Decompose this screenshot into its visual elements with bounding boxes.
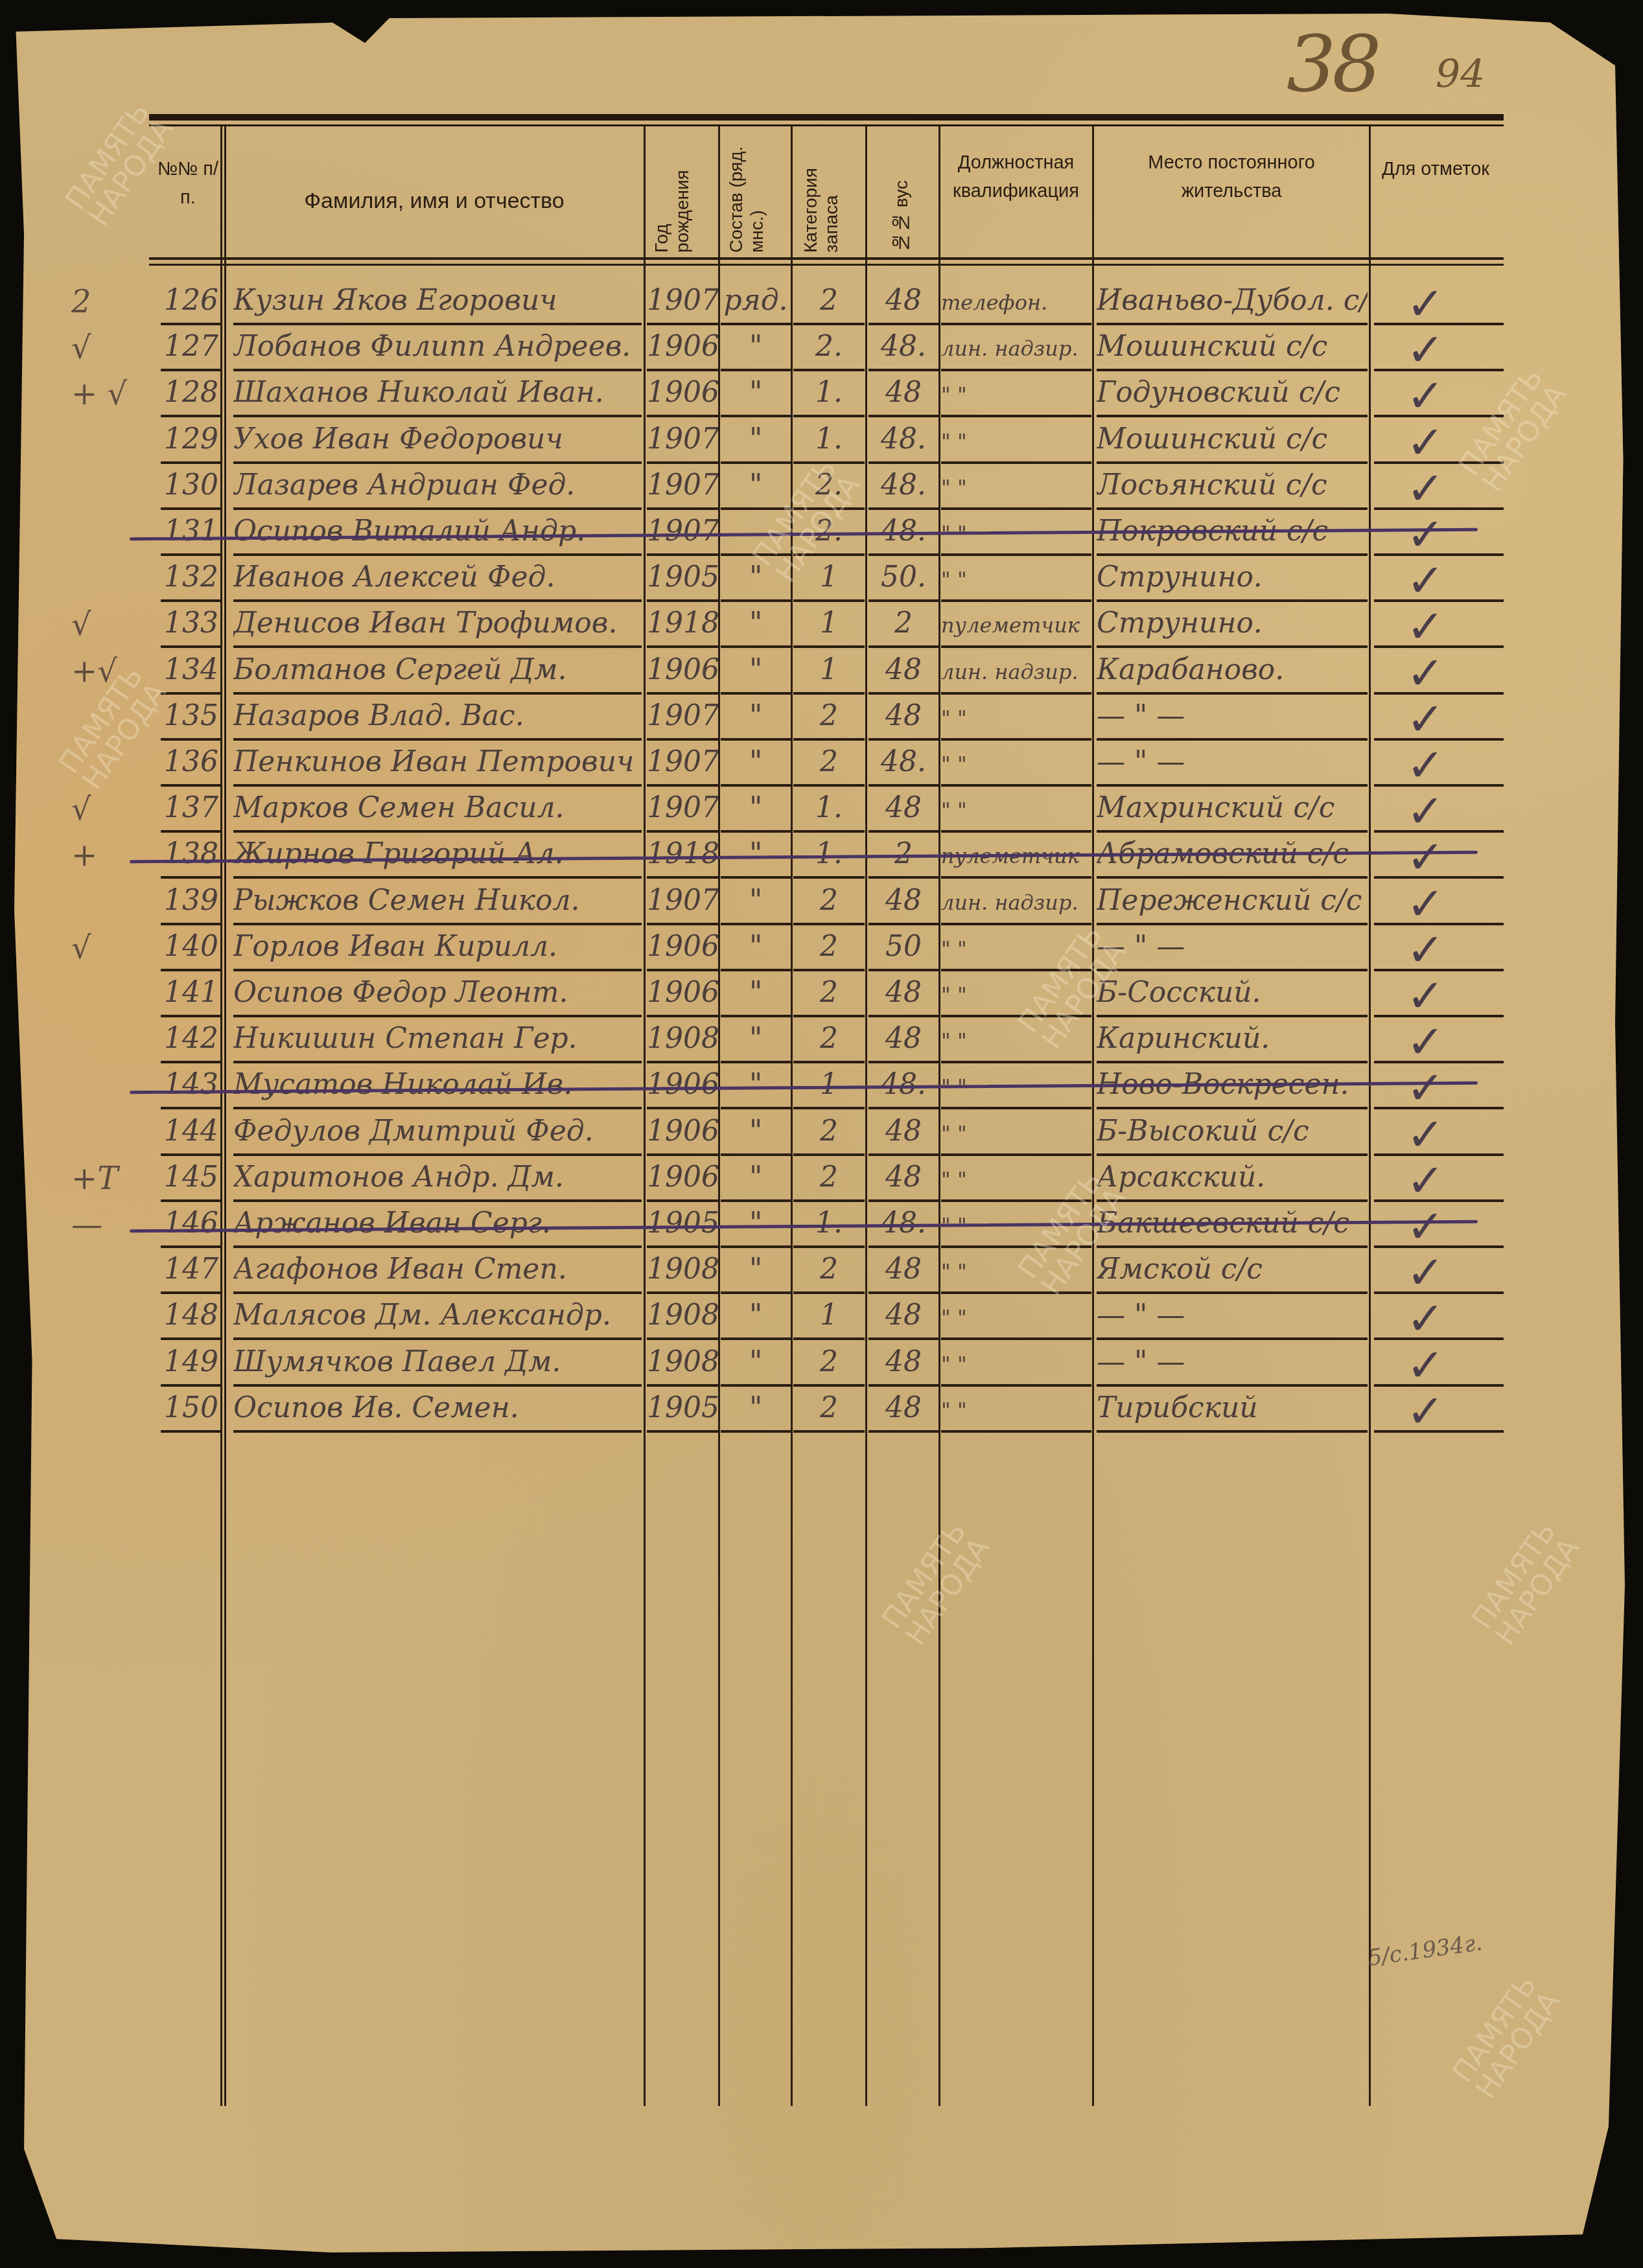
composition: ": [721, 699, 791, 732]
birth-year: 1906: [647, 376, 718, 409]
row-separator: [793, 1430, 865, 1433]
header-residence: Место постоянного жительства: [1095, 149, 1368, 205]
row-number: 132: [162, 561, 220, 594]
full-name: Осипов Ив. Семен.: [233, 1391, 642, 1424]
row-separator: [1097, 876, 1368, 879]
row-separator: [1097, 1291, 1368, 1294]
row-separator: [868, 692, 938, 695]
qualification: " ": [941, 706, 1091, 730]
table-row: 127Лобанов Филипп Андреев.1906"2.48.лин.…: [0, 326, 1643, 372]
vus-number: 48: [868, 284, 938, 317]
row-separator: [868, 1061, 938, 1063]
row-separator: [233, 507, 642, 510]
birth-year: 1906: [647, 976, 718, 1009]
row-separator: [868, 1291, 938, 1294]
page-number-small: 94: [1436, 52, 1485, 97]
composition: ": [721, 884, 791, 917]
row-separator: [161, 1430, 220, 1433]
residence: — " —: [1097, 930, 1368, 963]
row-separator: [868, 415, 938, 417]
full-name: Иванов Алексей Фед.: [233, 561, 642, 594]
birth-year: 1907: [647, 745, 718, 778]
birth-year: 1906: [647, 330, 718, 363]
row-separator: [721, 1153, 791, 1156]
row-separator: [721, 830, 791, 833]
row-separator: [941, 876, 1091, 879]
residence: Переженский с/с: [1097, 884, 1368, 917]
row-separator: [941, 830, 1091, 833]
row-separator: [793, 876, 865, 879]
reserve-category: 1: [793, 653, 865, 686]
row-separator: [161, 323, 220, 325]
row-separator: [941, 1153, 1091, 1156]
row-separator: [1097, 599, 1368, 602]
row-separator: [793, 784, 865, 787]
margin-annotation: +Т: [71, 1161, 118, 1197]
table-row: 134Болтанов Сергей Дм.1906"148лин. надзи…: [0, 649, 1643, 695]
row-separator: [1097, 1430, 1368, 1433]
row-separator: [233, 553, 642, 556]
row-separator: [793, 323, 865, 325]
row-separator: [1097, 323, 1368, 325]
composition: ": [721, 1115, 791, 1148]
row-separator: [647, 369, 718, 371]
row-separator: [868, 1384, 938, 1387]
qualification: " ": [941, 798, 1091, 822]
row-separator: [868, 461, 938, 464]
row-separator: [941, 599, 1091, 602]
row-separator: [1097, 415, 1368, 417]
table-row: 129Ухов Иван Федорович1907"1.48." "Мошин…: [0, 419, 1643, 465]
row-separator: [233, 323, 642, 325]
full-name: Малясов Дм. Александр.: [233, 1299, 642, 1332]
margin-annotation: +√: [71, 653, 117, 689]
row-separator: [233, 1337, 642, 1340]
birth-year: 1907: [647, 422, 718, 456]
residence: Каринский.: [1097, 1022, 1368, 1055]
table-row: 131Осипов Виталий Андр.19072.48." "Покро…: [0, 511, 1643, 557]
row-number: 140: [162, 930, 220, 963]
qualification: " ": [941, 1028, 1091, 1053]
birth-year: 1905: [647, 1207, 718, 1240]
row-separator: [793, 1061, 865, 1063]
composition: ": [721, 653, 791, 686]
row-separator: [161, 784, 220, 787]
full-name: Кузин Яков Егорович: [233, 284, 642, 317]
vus-number: 2: [868, 607, 938, 640]
row-separator: [647, 507, 718, 510]
row-separator: [868, 876, 938, 879]
composition: ": [721, 976, 791, 1009]
reserve-category: 2: [793, 284, 865, 317]
reserve-category: 2: [793, 884, 865, 917]
table-row: 148Малясов Дм. Александр.1908"148" "— " …: [0, 1295, 1643, 1341]
residence: Тирибский: [1097, 1391, 1368, 1424]
row-separator: [647, 1384, 718, 1387]
row-separator: [161, 1291, 220, 1294]
row-separator: [233, 1245, 642, 1248]
row-number: 126: [162, 284, 220, 317]
row-separator: [793, 1107, 865, 1109]
row-separator: [941, 369, 1091, 371]
row-number: 139: [162, 884, 220, 917]
row-separator: [647, 830, 718, 833]
birth-year: 1906: [647, 653, 718, 686]
row-separator: [721, 876, 791, 879]
row-number: 137: [162, 791, 220, 824]
row-separator: [868, 1245, 938, 1248]
vus-number: 48: [868, 1022, 938, 1055]
full-name: Денисов Иван Трофимов.: [233, 607, 642, 640]
row-separator: [161, 1061, 220, 1063]
composition: ": [721, 1391, 791, 1424]
row-separator: [1097, 507, 1368, 510]
row-separator: [1374, 1430, 1504, 1433]
row-separator: [161, 461, 220, 464]
row-number: 127: [162, 330, 220, 363]
table-row: 128Шаханов Николай Иван.1906"1.48" "Году…: [0, 372, 1643, 418]
top-rule-thin: [149, 124, 1504, 126]
row-separator: [721, 1430, 791, 1433]
header-rule: [149, 257, 1504, 260]
birth-year: 1905: [647, 1391, 718, 1424]
qualification: " ": [941, 1398, 1091, 1422]
reserve-category: 2: [793, 1022, 865, 1055]
reserve-category: 2: [793, 1391, 865, 1424]
vus-number: 50: [868, 930, 938, 963]
margin-annotation: +: [71, 837, 97, 874]
row-separator: [868, 738, 938, 741]
vus-number: 48: [868, 1161, 938, 1194]
row-separator: [1097, 461, 1368, 464]
row-separator: [868, 1015, 938, 1017]
residence: Струнино.: [1097, 561, 1368, 594]
row-separator: [793, 553, 865, 556]
row-separator: [793, 415, 865, 417]
full-name: Жирнов Григорий Ал.: [233, 837, 642, 870]
birth-year: 1918: [647, 607, 718, 640]
row-number: 138: [162, 837, 220, 870]
qualification: " ": [941, 567, 1091, 592]
qualification: пулеметчик: [941, 613, 1091, 638]
birth-year: 1907: [647, 284, 718, 317]
row-separator: [941, 461, 1091, 464]
birth-year: 1908: [647, 1022, 718, 1055]
table-row: 126Кузин Яков Егорович1907ряд.248телефон…: [0, 280, 1643, 326]
row-separator: [721, 323, 791, 325]
qualification: " ": [941, 1305, 1091, 1330]
row-separator: [233, 1153, 642, 1156]
reserve-category: 1.: [793, 837, 865, 870]
row-separator: [941, 923, 1091, 925]
row-separator: [941, 1384, 1091, 1387]
row-separator: [793, 1384, 865, 1387]
residence: Махринский с/с: [1097, 791, 1368, 824]
residence: Б-Сосский.: [1097, 976, 1368, 1009]
composition: ": [721, 469, 791, 502]
row-number: 147: [162, 1253, 220, 1286]
row-separator: [793, 1245, 865, 1248]
row-separator: [868, 830, 938, 833]
row-separator: [233, 1199, 642, 1202]
vus-number: 48.: [868, 469, 938, 502]
row-separator: [161, 599, 220, 602]
header-marks: Для отметок: [1374, 156, 1497, 184]
birth-year: 1908: [647, 1299, 718, 1332]
residence: — " —: [1097, 745, 1368, 778]
table-row: 141Осипов Федор Леонт.1906"248" "Б-Сосск…: [0, 972, 1643, 1018]
row-separator: [941, 1199, 1091, 1202]
table-row: 135Назаров Влад. Вас.1907"248" "— " —✓: [0, 695, 1643, 741]
full-name: Шаханов Николай Иван.: [233, 376, 642, 409]
reserve-category: 2.: [793, 469, 865, 502]
row-separator: [647, 1430, 718, 1433]
reserve-category: 2: [793, 930, 865, 963]
full-name: Ухов Иван Федорович: [233, 422, 642, 456]
margin-annotation: √: [71, 930, 91, 966]
reserve-category: 1.: [793, 1207, 865, 1240]
qualification: " ": [941, 429, 1091, 454]
row-separator: [793, 1199, 865, 1202]
row-separator: [1097, 645, 1368, 648]
row-separator: [868, 645, 938, 648]
residence: — " —: [1097, 1345, 1368, 1378]
row-separator: [647, 1245, 718, 1248]
row-separator: [793, 369, 865, 371]
row-separator: [233, 415, 642, 417]
row-separator: [647, 461, 718, 464]
table-row: 142Никишин Степан Гер.1908"248" "Каринск…: [0, 1018, 1643, 1064]
birth-year: 1907: [647, 791, 718, 824]
row-separator: [161, 1384, 220, 1387]
row-separator: [161, 1199, 220, 1202]
vus-number: 48: [868, 699, 938, 732]
row-separator: [647, 969, 718, 971]
row-separator: [233, 1384, 642, 1387]
vus-number: 48.: [868, 1207, 938, 1240]
full-name: Федулов Дмитрий Фед.: [233, 1115, 642, 1148]
header-qualification: Должностная квалификация: [943, 149, 1089, 205]
qualification: " ": [941, 1167, 1091, 1192]
row-number: 142: [162, 1022, 220, 1055]
full-name: Пенкинов Иван Петрович: [233, 745, 642, 778]
row-separator: [941, 645, 1091, 648]
row-separator: [721, 1199, 791, 1202]
row-separator: [161, 969, 220, 971]
row-separator: [793, 645, 865, 648]
row-separator: [793, 969, 865, 971]
row-separator: [868, 1337, 938, 1340]
composition: ": [721, 791, 791, 824]
row-separator: [161, 415, 220, 417]
row-separator: [721, 1107, 791, 1109]
row-separator: [161, 830, 220, 833]
row-separator: [721, 692, 791, 695]
vus-number: 48.: [868, 330, 938, 363]
row-separator: [941, 323, 1091, 325]
row-separator: [941, 1430, 1091, 1433]
header-rule-thin: [149, 264, 1504, 266]
birth-year: 1906: [647, 930, 718, 963]
composition: ": [721, 1068, 791, 1101]
residence: Мошинский с/с: [1097, 330, 1368, 363]
vus-number: 48: [868, 884, 938, 917]
composition: ": [721, 1022, 791, 1055]
table-row: 139Рыжков Семен Никол.1907"248лин. надзи…: [0, 880, 1643, 926]
row-separator: [1097, 1199, 1368, 1202]
reserve-category: 2: [793, 1115, 865, 1148]
margin-annotation: √: [71, 607, 91, 643]
row-separator: [1097, 1061, 1368, 1063]
residence: Струнино.: [1097, 607, 1368, 640]
row-separator: [233, 1107, 642, 1109]
row-separator: [868, 923, 938, 925]
row-separator: [233, 692, 642, 695]
row-separator: [793, 830, 865, 833]
row-separator: [1097, 1337, 1368, 1340]
row-separator: [647, 876, 718, 879]
full-name: Лобанов Филипп Андреев.: [233, 330, 642, 363]
row-separator: [721, 923, 791, 925]
birth-year: 1906: [647, 1115, 718, 1148]
qualification: " ": [941, 382, 1091, 407]
row-separator: [793, 738, 865, 741]
row-separator: [941, 1245, 1091, 1248]
row-separator: [1097, 923, 1368, 925]
row-separator: [1097, 369, 1368, 371]
row-separator: [233, 784, 642, 787]
row-separator: [647, 1153, 718, 1156]
row-separator: [647, 738, 718, 741]
row-separator: [647, 1199, 718, 1202]
row-separator: [161, 1153, 220, 1156]
row-number: 134: [162, 653, 220, 686]
row-separator: [233, 830, 642, 833]
row-separator: [647, 645, 718, 648]
full-name: Мусатов Николай Ив.: [233, 1068, 642, 1101]
row-separator: [941, 784, 1091, 787]
row-number: 128: [162, 376, 220, 409]
full-name: Горлов Иван Кирилл.: [233, 930, 642, 963]
row-separator: [941, 692, 1091, 695]
full-name: Лазарев Андриан Фед.: [233, 469, 642, 502]
top-rule: [149, 114, 1504, 121]
birth-year: 1908: [647, 1345, 718, 1378]
row-separator: [941, 415, 1091, 417]
full-name: Шумячков Павел Дм.: [233, 1345, 642, 1378]
row-separator: [721, 1015, 791, 1017]
composition: ": [721, 422, 791, 456]
reserve-category: 2: [793, 745, 865, 778]
table-row: 144Федулов Дмитрий Фед.1906"248" "Б-Высо…: [0, 1111, 1643, 1157]
row-separator: [793, 599, 865, 602]
row-separator: [1097, 738, 1368, 741]
residence: Годуновский с/с: [1097, 376, 1368, 409]
residence: Мошинский с/с: [1097, 422, 1368, 456]
row-number: 136: [162, 745, 220, 778]
row-separator: [233, 969, 642, 971]
row-separator: [233, 599, 642, 602]
row-separator: [233, 1015, 642, 1017]
reserve-category: 1: [793, 1068, 865, 1101]
vus-number: 48: [868, 1299, 938, 1332]
composition: ": [721, 376, 791, 409]
row-separator: [941, 1107, 1091, 1109]
row-separator: [161, 738, 220, 741]
row-separator: [868, 599, 938, 602]
full-name: Марков Семен Васил.: [233, 791, 642, 824]
vus-number: 48.: [868, 422, 938, 456]
composition: ": [721, 607, 791, 640]
qualification: лин. надзир.: [941, 660, 1091, 684]
residence: Карабаново.: [1097, 653, 1368, 686]
reserve-category: 2.: [793, 515, 865, 548]
row-separator: [161, 1107, 220, 1109]
row-number: 130: [162, 469, 220, 502]
row-separator: [161, 507, 220, 510]
residence: Б-Высокий с/с: [1097, 1115, 1368, 1148]
row-separator: [868, 369, 938, 371]
header-birth-year: Год рождения: [651, 136, 693, 253]
composition: ": [721, 1299, 791, 1332]
row-separator: [647, 553, 718, 556]
row-separator: [793, 692, 865, 695]
table-row: 132Иванов Алексей Фед.1905"150." "Струни…: [0, 557, 1643, 603]
reserve-category: 1.: [793, 422, 865, 456]
header-vus: №№ вус: [891, 156, 912, 253]
reserve-category: 1: [793, 1299, 865, 1332]
qualification: лин. надзир.: [941, 890, 1091, 915]
row-separator: [941, 1015, 1091, 1017]
qualification: " ": [941, 1259, 1091, 1284]
vus-number: 48: [868, 653, 938, 686]
row-number: 133: [162, 607, 220, 640]
row-separator: [1097, 1153, 1368, 1156]
row-separator: [1097, 1384, 1368, 1387]
row-separator: [793, 1015, 865, 1017]
table-row: 130Лазарев Андриан Фед.1907"2.48." "Лось…: [0, 465, 1643, 511]
row-separator: [721, 1061, 791, 1063]
row-separator: [647, 1337, 718, 1340]
row-separator: [1097, 1015, 1368, 1017]
table-row: 150Осипов Ив. Семен.1905"248" "Тирибский…: [0, 1387, 1643, 1433]
row-separator: [1097, 830, 1368, 833]
row-separator: [941, 1291, 1091, 1294]
row-separator: [868, 1199, 938, 1202]
margin-annotation: —: [71, 1207, 102, 1243]
row-number: 141: [162, 976, 220, 1009]
margin-annotation: 2: [71, 284, 91, 320]
row-separator: [647, 692, 718, 695]
vus-number: 48: [868, 1253, 938, 1286]
row-separator: [1097, 692, 1368, 695]
full-name: Осипов Федор Леонт.: [233, 976, 642, 1009]
row-separator: [721, 1337, 791, 1340]
row-separator: [793, 923, 865, 925]
row-separator: [941, 1061, 1091, 1063]
table-row: 140Горлов Иван Кирилл.1906"250" "— " —✓√: [0, 926, 1643, 972]
row-separator: [647, 923, 718, 925]
row-separator: [721, 969, 791, 971]
row-number: 135: [162, 699, 220, 732]
row-number: 150: [162, 1391, 220, 1424]
composition: ": [721, 1345, 791, 1378]
table-row: 133Денисов Иван Трофимов.1918"12пулеметч…: [0, 603, 1643, 649]
qualification: " ": [941, 475, 1091, 500]
header-name: Фамилия, имя и отчество: [227, 185, 642, 218]
residence: — " —: [1097, 699, 1368, 732]
row-separator: [647, 415, 718, 417]
